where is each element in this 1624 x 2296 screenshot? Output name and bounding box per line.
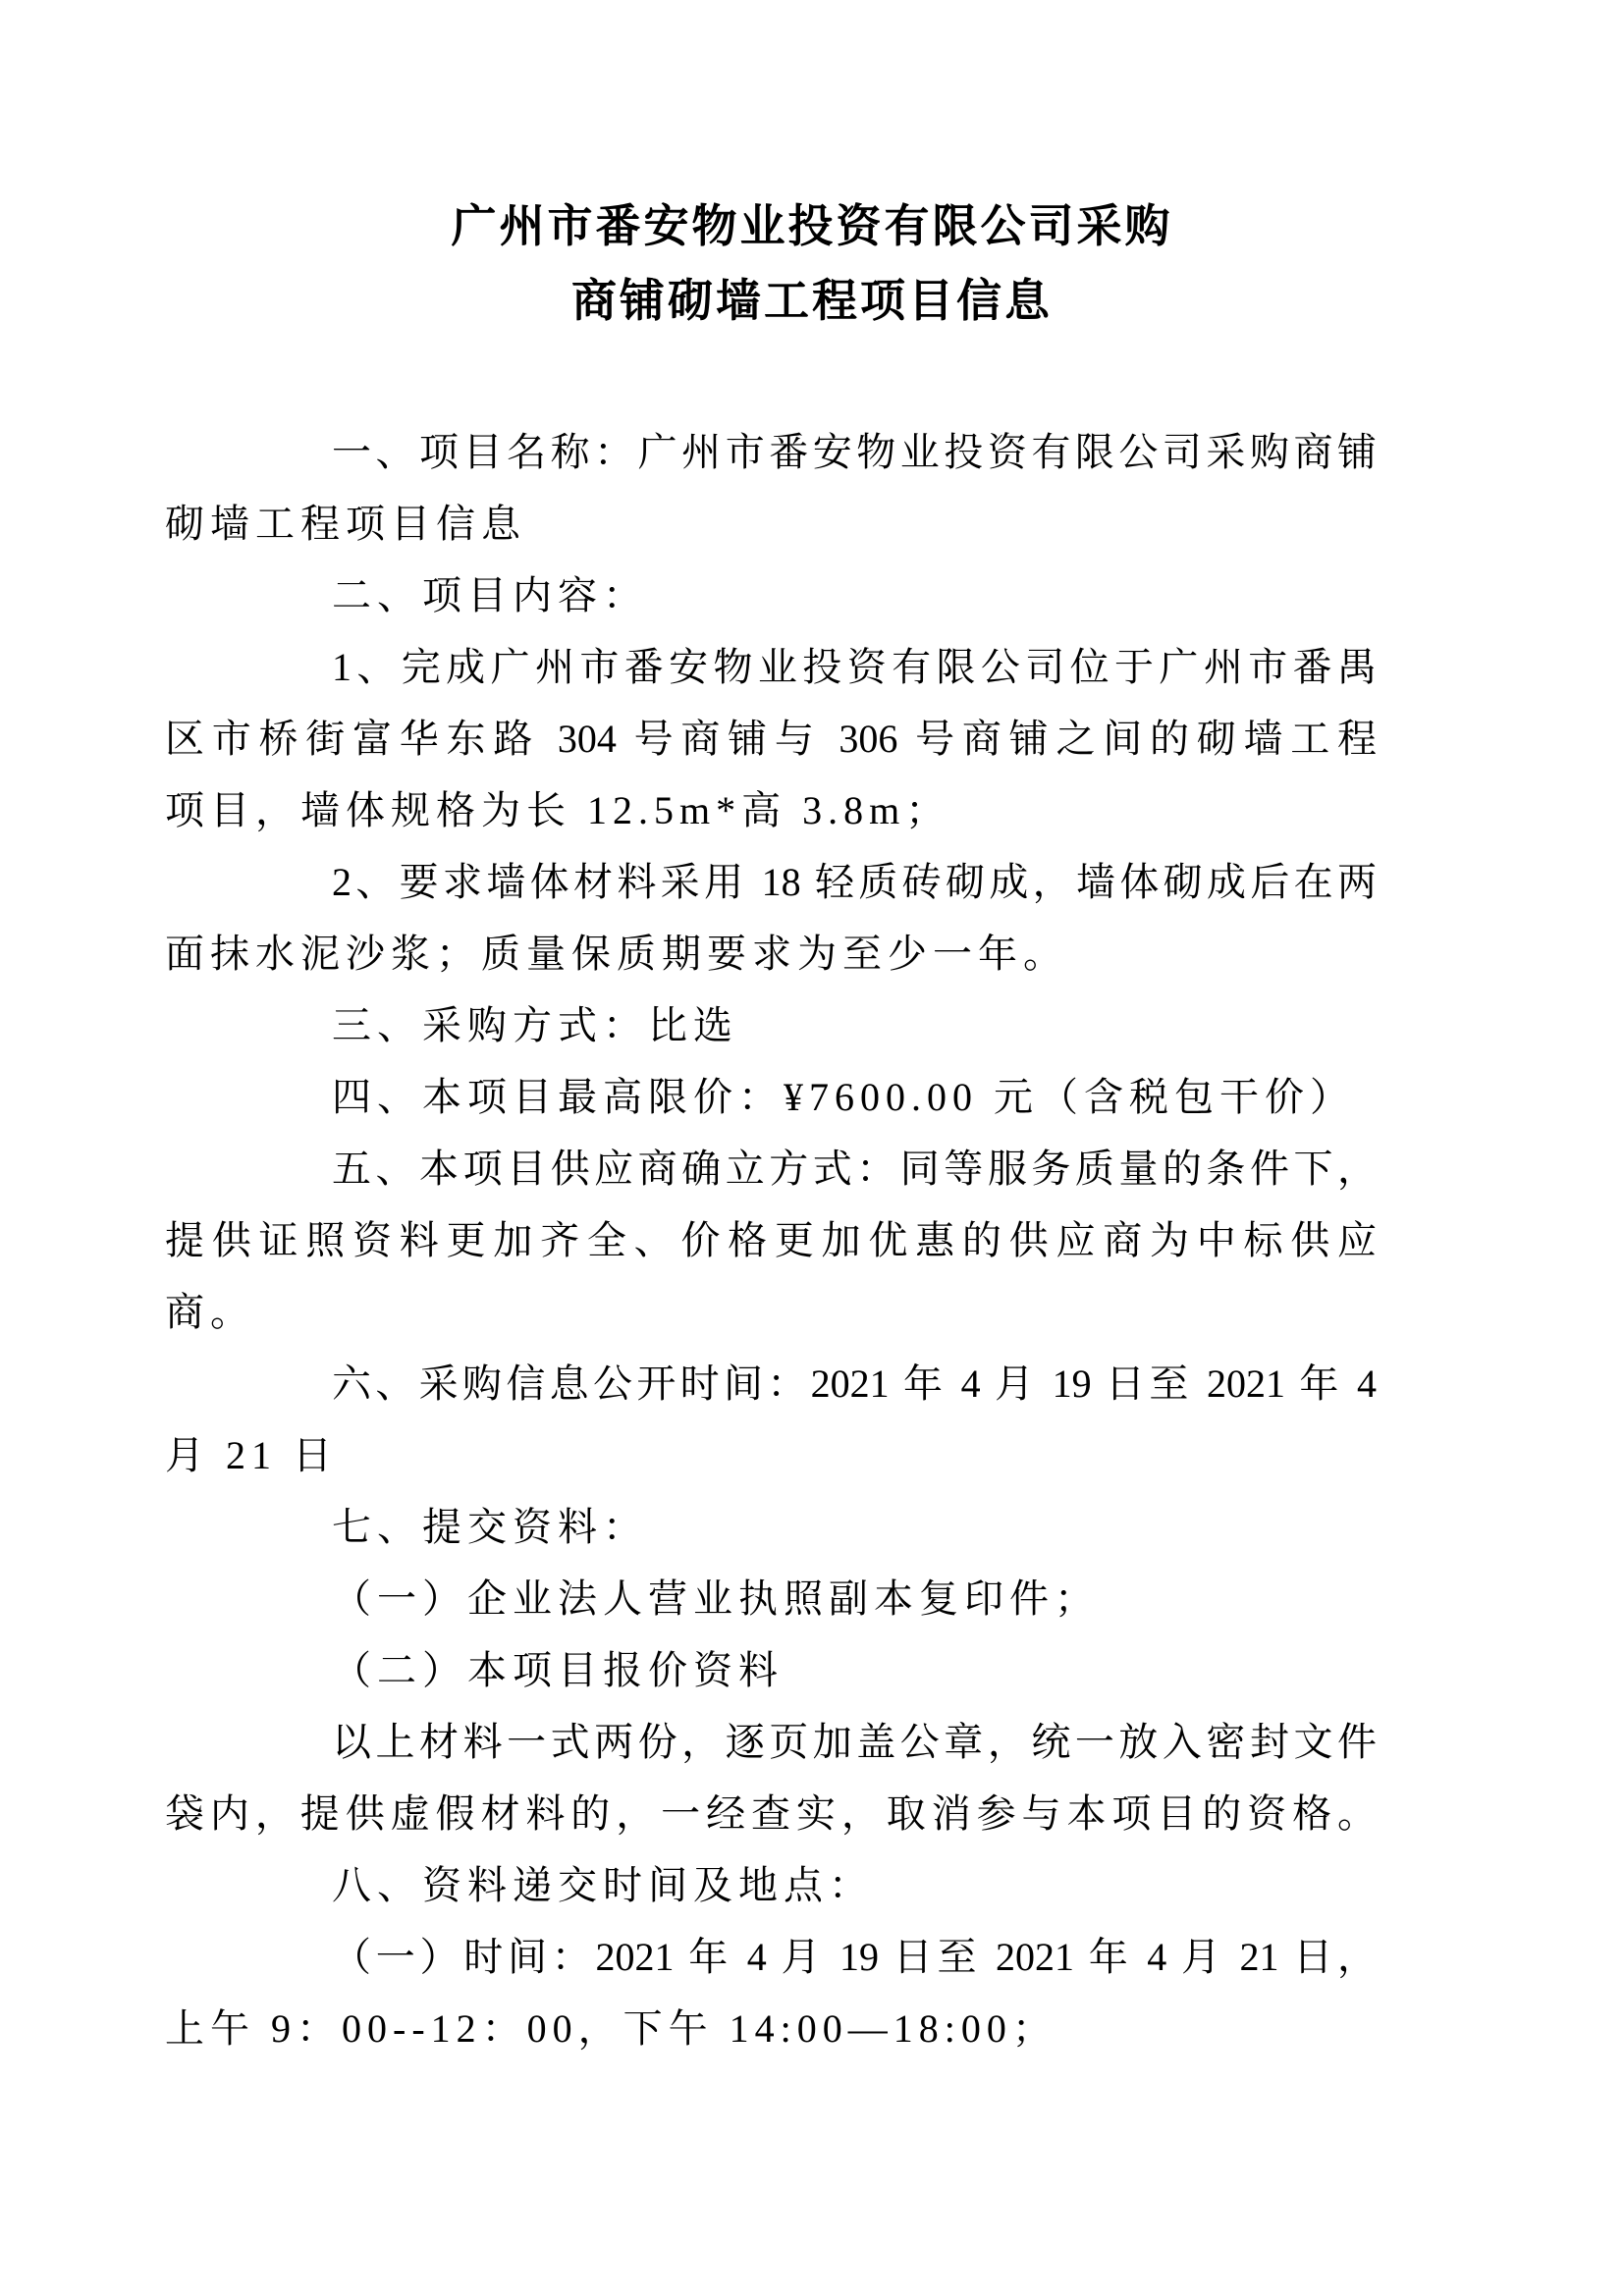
body-line-16: 七、提交资料：: [165, 1491, 1377, 1563]
body-line-7: 2、要求墙体材料采用 18 轻质砖砌成，墙体砌成后在两: [165, 846, 1377, 918]
body-line-20: 袋内，提供虚假材料的，一经查实，取消参与本项目的资格。: [165, 1778, 1377, 1849]
document-title: 广州市番安物业投资有限公司采购 商铺砌墙工程项目信息: [0, 189, 1624, 339]
document-page: 广州市番安物业投资有限公司采购 商铺砌墙工程项目信息 一、项目名称：广州市番安物…: [0, 0, 1624, 2296]
body-line-4: 1、完成广州市番安物业投资有限公司位于广州市番禺: [165, 631, 1377, 703]
title-line-2: 商铺砌墙工程项目信息: [0, 264, 1624, 339]
body-line-19: 以上材料一式两份，逐页加盖公章，统一放入密封文件: [165, 1706, 1377, 1778]
body-line-8: 面抹水泥沙浆；质量保质期要求为至少一年。: [165, 918, 1377, 989]
body-line-3: 二、项目内容：: [165, 560, 1377, 631]
body-line-21: 八、资料递交时间及地点：: [165, 1849, 1377, 1921]
body-line-17: （一）企业法人营业执照副本复印件；: [165, 1563, 1377, 1634]
body-line-23: 上午 9：00--12：00，下午 14:00—18:00；: [165, 1993, 1377, 2064]
body-line-13: 商。: [165, 1276, 1377, 1348]
body-line-11: 五、本项目供应商确立方式：同等服务质量的条件下，: [165, 1133, 1377, 1204]
body-line-1: 一、项目名称：广州市番安物业投资有限公司采购商铺: [165, 416, 1377, 488]
body-line-5: 区市桥街富华东路 304 号商铺与 306 号商铺之间的砌墙工程: [165, 703, 1377, 774]
body-line-14: 六、采购信息公开时间：2021 年 4 月 19 日至 2021 年 4: [165, 1348, 1377, 1419]
body-line-22: （一）时间：2021 年 4 月 19 日至 2021 年 4 月 21 日，: [165, 1921, 1377, 1993]
body-line-6: 项目，墙体规格为长 12.5m*高 3.8m；: [165, 774, 1377, 846]
body-line-2: 砌墙工程项目信息: [165, 488, 1377, 560]
document-body: 一、项目名称：广州市番安物业投资有限公司采购商铺 砌墙工程项目信息 二、项目内容…: [165, 416, 1377, 2064]
body-line-18: （二）本项目报价资料: [165, 1634, 1377, 1706]
title-line-1: 广州市番安物业投资有限公司采购: [0, 189, 1624, 264]
body-line-12: 提供证照资料更加齐全、价格更加优惠的供应商为中标供应: [165, 1204, 1377, 1276]
body-line-15: 月 21 日: [165, 1419, 1377, 1491]
body-line-9: 三、采购方式：比选: [165, 989, 1377, 1061]
body-line-10: 四、本项目最高限价：¥7600.00 元（含税包干价）: [165, 1061, 1377, 1133]
